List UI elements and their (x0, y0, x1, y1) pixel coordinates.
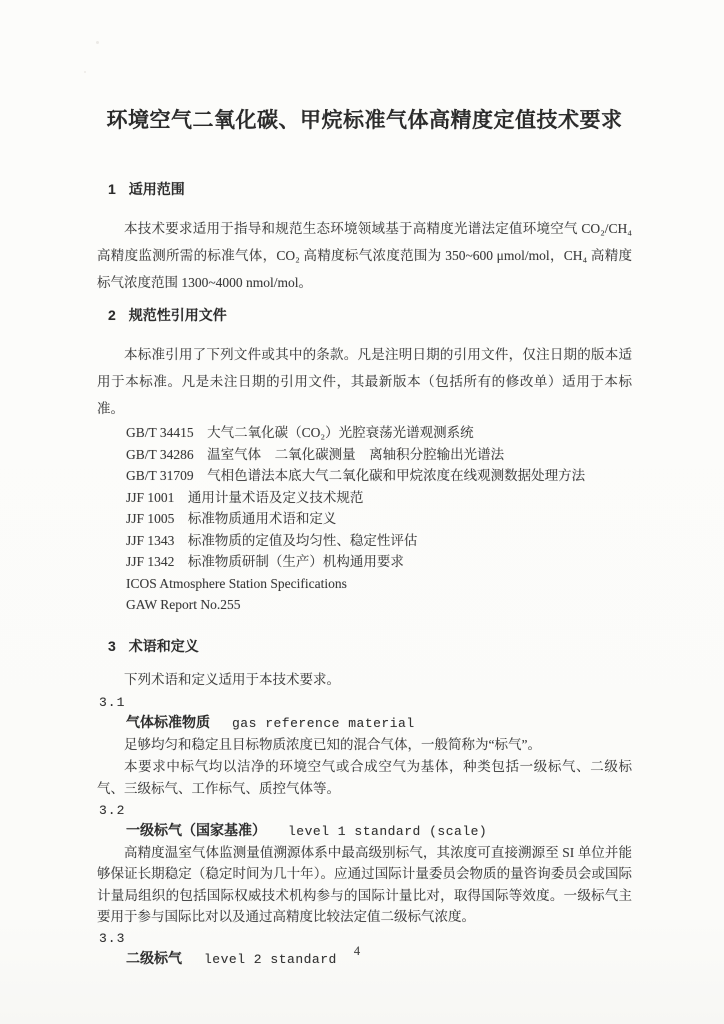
section-1-heading: 1 适用范围 (108, 180, 632, 199)
reference-item: JJF 1001 通用计量术语及定义技术规范 (126, 487, 632, 509)
reference-item: JJF 1343 标准物质的定值及均匀性、稳定性评估 (126, 530, 632, 552)
reference-item: ICOS Atmosphere Station Specifications (126, 573, 632, 595)
term-3-1-note: 本要求中标气均以洁净的环境空气或合成空气为基体，种类包括一级标气、二级标气、三级… (97, 756, 632, 800)
reference-item: GB/T 31709 气相色谱法本底大气二氧化碳和甲烷浓度在线观测数据处理方法 (126, 465, 632, 487)
section-2-number: 2 (108, 306, 116, 325)
term-3-1-zh: 气体标准物质 (126, 714, 210, 730)
document-title: 环境空气二氧化碳、甲烷标准气体高精度定值技术要求 (97, 106, 632, 136)
term-3-2-zh: 一级标气（国家基准） (126, 822, 266, 838)
scope-paragraph: 本技术要求适用于指导和规范生态环境领域基于高精度光谱法定值环境空气 CO₂/CH… (97, 215, 632, 296)
reference-list: GB/T 34415 大气二氧化碳（CO₂）光腔衰荡光谱观测系统 GB/T 34… (126, 422, 632, 616)
reference-item: JJF 1342 标准物质研制（生产）机构通用要求 (126, 551, 632, 573)
term-3-2: 一级标气（国家基准） level 1 standard (scale) (126, 820, 632, 842)
reference-item: GB/T 34415 大气二氧化碳（CO₂）光腔衰荡光谱观测系统 (126, 422, 632, 444)
term-3-1-en: gas reference material (232, 716, 415, 731)
clause-number-3-1: 3.1 (99, 693, 632, 712)
term-3-1: 气体标准物质 gas reference material (126, 712, 632, 734)
reference-item: GAW Report No.255 (126, 594, 632, 616)
section-1-number: 1 (108, 180, 116, 199)
section-3-heading: 3 术语和定义 (108, 637, 632, 656)
section-3-title: 术语和定义 (129, 637, 199, 656)
page-number: 4 (0, 944, 714, 959)
section-3-number: 3 (108, 637, 116, 656)
term-3-2-en: level 1 standard (scale) (288, 824, 487, 839)
scan-speck (84, 71, 86, 73)
scan-speck (96, 41, 99, 44)
term-3-1-definition: 足够均匀和稳定且目标物质浓度已知的混合气体，一般简称为“标气”。 (97, 734, 632, 756)
terms-intro: 下列术语和定义适用于本技术要求。 (97, 669, 632, 691)
section-1-title: 适用范围 (129, 180, 185, 199)
normative-references-paragraph: 本标准引用了下列文件或其中的条款。凡是注明日期的引用文件，仅注日期的版本适用于本… (97, 341, 632, 422)
reference-item: GB/T 34286 温室气体 二氧化碳测量 离轴积分腔输出光谱法 (126, 444, 632, 466)
clause-number-3-2: 3.2 (99, 801, 632, 820)
term-3-2-definition: 高精度温室气体监测量值溯源体系中最高级别标气，其浓度可直接溯源至 SI 单位并能… (97, 842, 632, 928)
reference-item: JJF 1005 标准物质通用术语和定义 (126, 508, 632, 530)
scanned-document-page: 环境空气二氧化碳、甲烷标准气体高精度定值技术要求 1 适用范围 本技术要求适用于… (0, 0, 724, 1024)
section-2-title: 规范性引用文件 (129, 306, 227, 325)
section-2-heading: 2 规范性引用文件 (108, 306, 632, 325)
